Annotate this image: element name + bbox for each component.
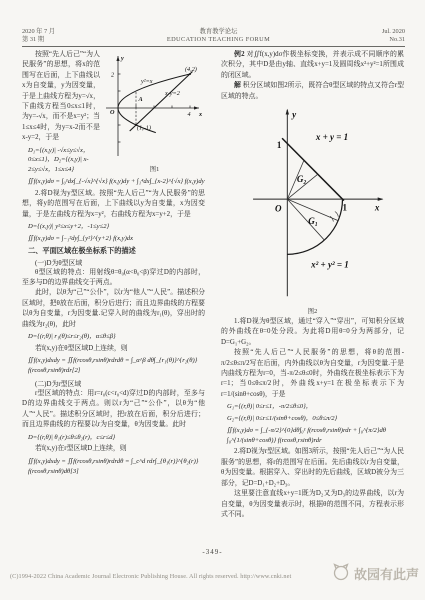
copyright-text: (C)1994-2022 China Academic Journal Elec… bbox=[10, 573, 239, 580]
figure-1: y x O 2 4 y²=x x-y=2 (4,2) (1,-1) A 图1 bbox=[104, 50, 205, 173]
fig2-x-label: x bbox=[373, 203, 379, 213]
fig1-point-bottom-dot bbox=[135, 124, 137, 126]
right-item1-paragraph: 1.将D视为θ型区域，通过“穿入”“穿出”，可知积分区域的外曲线在θ=0处分段。… bbox=[221, 317, 404, 348]
watermark: 故园有此声 bbox=[330, 562, 419, 585]
fig2-circle-label: x² + y² = 1 bbox=[310, 260, 349, 270]
fig2-circle-arc bbox=[287, 199, 342, 254]
right-column: 例2 对∬f(x,y)dσ作极坐标变换，并表示成不同顺序的累次积分，其中D是由y… bbox=[221, 50, 404, 545]
right-formula-g2: G₂={(r,θ)| 0≤r≤1/(sinθ+cosθ)，0≤θ≤π/2} bbox=[227, 414, 404, 424]
fig2-x-arrow bbox=[377, 197, 383, 200]
copyright-url: http://www.cnki.net bbox=[240, 573, 291, 580]
left-formula-int4: ∬f(x,y)dxdy = ∬f(rcosθ,rsinθ)rdrdθ = ∫_c… bbox=[28, 457, 205, 477]
figure-1-plot: y x O 2 4 y²=x x-y=2 (4,2) (1,-1) A bbox=[104, 50, 205, 158]
fig1-parabola-curve bbox=[118, 74, 190, 133]
right-solution-paragraph: 解 积分区域如图2所示，既符合θ型区域的特点又符合r型区域的特点。 bbox=[221, 81, 404, 102]
scanned-journal-page: 2020 年 7 月 第 31 期 教育教学论坛 EDUCATION TEACH… bbox=[0, 0, 425, 600]
solution-text: 积分区域如图2所示，既符合θ型区域的特点又符合r型区域的特点。 bbox=[221, 82, 404, 99]
fig2-xtick-label: 1 bbox=[342, 203, 347, 213]
left-paragraph-7: 若f(x,y)在r型区域D上连续，则 bbox=[22, 444, 205, 454]
fig1-xtick-label: 4 bbox=[188, 111, 191, 118]
left-formula-d: D={(x,y)| y²≤x≤y+2，-1≤y≤2} bbox=[28, 222, 205, 232]
fig1-parabola-label: y²=x bbox=[140, 78, 153, 85]
fig1-x-arrow bbox=[194, 106, 199, 109]
fig1-y-arrow bbox=[116, 56, 119, 61]
copyright-line: (C)1994-2022 China Academic Journal Elec… bbox=[10, 573, 370, 580]
left-formula-int3: ∬f(x,y)dxdy = ∬f(rcosθ,rsinθ)rdrdθ = ∫_α… bbox=[28, 356, 205, 376]
left-subheading-1: (一)D为θ型区域 bbox=[22, 257, 205, 267]
left-paragraph-2: 2.将D视为y型区域。按照“先人后己”“为人民服务”的思想，将y的范围写在后面，… bbox=[22, 189, 205, 220]
left-formula-int1: ∬f(x,y)dσ = ∫₀¹dx∫_{-√x}^{√x} f(x,y)dy +… bbox=[28, 177, 205, 187]
right-formula-g1: G₁={(r,θ)| 0≤r≤1，-π/2≤θ≤0}， bbox=[227, 402, 404, 412]
left-formula-dr: D={(r,θ)| θ₁(r)≤θ≤θ₂(r)，c≤r≤d} bbox=[28, 433, 205, 443]
header-left: 2020 年 7 月 第 31 期 bbox=[22, 28, 55, 44]
figure-2-plot: y x O 1 1 x + y = 1 x² + y² = 1 G₂ G₁ bbox=[232, 104, 394, 300]
journal-header: 2020 年 7 月 第 31 期 教育教学论坛 EDUCATION TEACH… bbox=[22, 26, 405, 47]
left-formula-dtheta: D={(r,θ)| r₁(θ)≤r≤r₂(θ)，α≤θ≤β} bbox=[28, 332, 205, 342]
fig1-origin-label: O bbox=[110, 109, 115, 116]
header-date-cn: 2020 年 7 月 bbox=[22, 28, 55, 36]
left-paragraph-4: 此时，以θ为“己”“公仆”，以r为“他人”“人民”。描述积分区域时，把θ放在后面… bbox=[22, 288, 205, 330]
page-number: -349- bbox=[0, 548, 425, 556]
fig1-x-label: x bbox=[198, 111, 202, 118]
example-label: 例2 bbox=[234, 51, 245, 58]
fig1-point-bottom-label: (1,-1) bbox=[137, 125, 151, 132]
content-columns: y x O 2 4 y²=x x-y=2 (4,2) (1,-1) A 图1 bbox=[22, 50, 405, 545]
right-formula-int: ∬f(x,y)dσ = ∫_{-π/2}^{0}dθ∫₀¹ f(rcosθ,rs… bbox=[227, 426, 404, 446]
header-issue-en: No.31 bbox=[382, 36, 405, 44]
fig2-g1-label: G₁ bbox=[308, 216, 318, 226]
right-note-paragraph: 这里要注意直线x+y=1既为D₂又为D₃的边界曲线，以r为自变量，θ为因变量表示… bbox=[221, 489, 404, 520]
header-date-en: Jul. 2020 bbox=[382, 28, 405, 36]
watermark-text: 故园有此声 bbox=[354, 564, 419, 583]
left-subheading-2: (二)D为r型区域 bbox=[22, 378, 205, 388]
fig2-g2-label: G₂ bbox=[296, 174, 306, 184]
figure-2-caption: 图2 bbox=[232, 306, 394, 315]
fig1-ytick-label: 2 bbox=[111, 72, 114, 79]
fig2-line-curve bbox=[282, 138, 344, 200]
left-formula-int2: ∬f(x,y)dσ = ∫₋₁²dy∫_{y²}^{y+2} f(x,y)dx bbox=[28, 234, 205, 244]
example-text: 对∬f(x,y)dσ作极坐标变换，并表示成不同顺序的累次积分，其中D是由y轴、直… bbox=[221, 51, 404, 79]
fig2-y-label: y bbox=[291, 109, 297, 119]
fig1-point-top-label: (4,2) bbox=[185, 66, 197, 73]
figure-2: y x O 1 1 x + y = 1 x² + y² = 1 G₂ G₁ 图2 bbox=[232, 104, 394, 315]
left-paragraph-5: 若f(x,y)在θ型区域D上连续，则 bbox=[22, 344, 205, 354]
fig2-origin-label: O bbox=[274, 204, 281, 214]
header-center: 教育教学论坛 EDUCATION TEACHING FORUM bbox=[167, 28, 270, 44]
left-paragraph-6: r型区域的特点：用r=r₀(c<r₀<d)穿过D的内部时，至多与D的边界曲线交于… bbox=[22, 389, 205, 431]
right-example-paragraph: 例2 对∬f(x,y)dσ作极坐标变换，并表示成不同顺序的累次积分，其中D是由y… bbox=[221, 50, 404, 81]
figure-1-caption: 图1 bbox=[104, 164, 205, 173]
left-column: y x O 2 4 y²=x x-y=2 (4,2) (1,-1) A 图1 bbox=[22, 50, 205, 545]
header-right: Jul. 2020 No.31 bbox=[382, 28, 405, 44]
fig2-y-arrow bbox=[285, 109, 288, 115]
journal-title-en: EDUCATION TEACHING FORUM bbox=[167, 36, 270, 44]
fig2-ytick-label: 1 bbox=[276, 140, 281, 150]
journal-title-cn: 教育教学论坛 bbox=[167, 28, 270, 36]
cat-doodle-icon bbox=[330, 562, 352, 585]
fig1-point-top-dot bbox=[189, 73, 191, 75]
fig1-pointA-label: A bbox=[138, 96, 143, 103]
header-issue-cn: 第 31 期 bbox=[22, 36, 55, 44]
right-item3-paragraph: 2.将D视为r型区域。如图3所示，按照“先人后己”“为人民服务”的思想，将r的范… bbox=[221, 447, 404, 489]
fig2-line-label: x + y = 1 bbox=[314, 132, 347, 142]
left-paragraph-3: θ型区域的特点：用射线θ=θ₀(α<θ₀<β)穿过D的内部时，至多与D的边界曲线… bbox=[22, 268, 205, 289]
solution-label: 解 bbox=[234, 82, 241, 89]
fig1-line-label: x-y=2 bbox=[164, 90, 180, 97]
left-section-heading: 二、平面区域在极坐标系下的描述 bbox=[22, 246, 205, 256]
fig1-y-label: y bbox=[120, 55, 124, 62]
right-item2-paragraph: 按照“先人后己”“人民服务”的思想，将θ的范围-π/2≤θ≤π/2写在后面，内外… bbox=[221, 348, 404, 400]
